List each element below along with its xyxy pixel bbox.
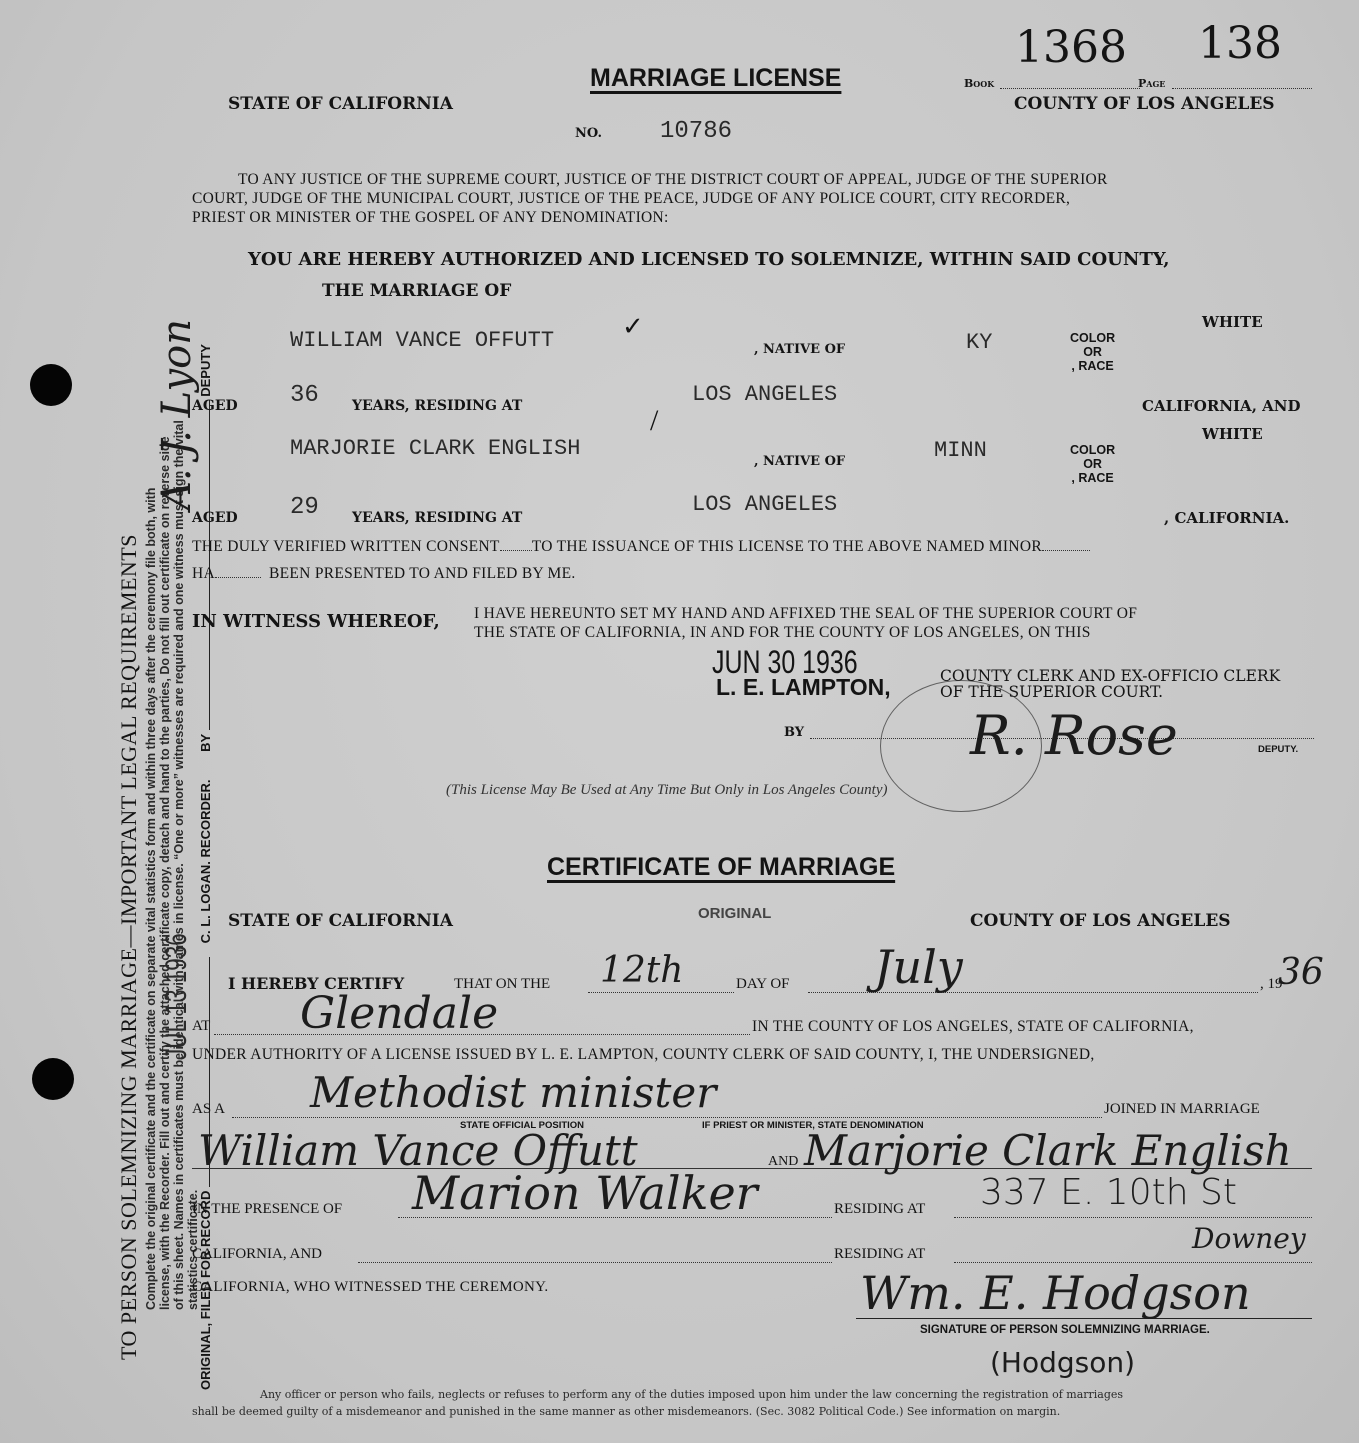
race-label: , RACE (1070, 471, 1115, 485)
certificate-state: STATE OF CALIFORNIA (228, 911, 453, 931)
groom-age: 36 (290, 382, 319, 409)
instruction-line: license, with the Recorder. Fill out and… (158, 420, 172, 1310)
filed-date-stamp: JUL 13 1936 (160, 933, 194, 1060)
witness-whereof-text: I HAVE HEREUNTO SET MY HAND AND AFFIXED … (474, 604, 1137, 642)
book-number: 1368 (1015, 22, 1127, 73)
groom-native-of-label: , NATIVE OF (754, 342, 845, 357)
original-label: ORIGINAL (698, 905, 771, 922)
bride-age: 29 (290, 494, 319, 521)
witness-city: Downey (1192, 1222, 1306, 1255)
consent-text: THE DULY VERIFIED WRITTEN CONSENT (192, 538, 500, 555)
authority-text: UNDER AUTHORITY OF A LICENSE ISSUED BY L… (192, 1046, 1095, 1064)
deputy-label: DEPUTY (198, 344, 213, 397)
presented-text: BEEN PRESENTED TO AND FILED BY ME. (269, 565, 576, 582)
residing-at-label-2: RESIDING AT (834, 1246, 925, 1263)
county-text: IN THE COUNTY OF LOS ANGELES, STATE OF C… (752, 1018, 1194, 1036)
color-label: COLOR (1070, 443, 1115, 457)
bride-residence: LOS ANGELES (692, 492, 837, 517)
presence-label: IN THE PRESENCE OF (192, 1201, 342, 1218)
marriage-year: 36 (1278, 952, 1324, 993)
officiant-printed-name: (Hodgson) (990, 1346, 1135, 1379)
california-and-label: CALIFORNIA, AND (192, 1246, 322, 1263)
recorder-name: C. L. LOGAN. RECORDER. (198, 779, 213, 943)
authorization-text: YOU ARE HEREBY AUTHORIZED AND LICENSED T… (248, 249, 1170, 270)
residing-at-label: RESIDING AT (834, 1201, 925, 1218)
page-label: Page (1138, 77, 1165, 90)
license-county: COUNTY OF LOS ANGELES (1014, 94, 1275, 114)
sidebar-heading: TO PERSON SOLEMNIZING MARRIAGE—IMPORTANT… (116, 534, 142, 1360)
witness-name: Marion Walker (412, 1166, 758, 1220)
bride-aged-label: AGED (192, 510, 238, 526)
bride-name: MARJORIE CLARK ENGLISH (290, 436, 580, 461)
penalty-line: Any officer or person who fails, neglect… (192, 1386, 1123, 1403)
groom-name: WILLIAM VANCE OFFUTT (290, 328, 554, 353)
certificate-county: COUNTY OF LOS ANGELES (970, 911, 1231, 931)
witness-whereof-heading: IN WITNESS WHEREOF, (192, 611, 440, 632)
consent-line-1: THE DULY VERIFIED WRITTEN CONSENTTO THE … (192, 538, 1090, 556)
clerk-name: L. E. LAMPTON, (716, 674, 891, 701)
address-line: COURT, JUDGE OF THE MUNICIPAL COURT, JUS… (192, 189, 1108, 208)
bride-race: WHITE (1202, 425, 1263, 443)
punch-hole-bottom (32, 1058, 74, 1100)
book-label: Book (964, 77, 994, 90)
bride-state-suffix: , CALIFORNIA. (1164, 509, 1289, 527)
officiant-position: Methodist minister (310, 1068, 716, 1117)
license-number: 10786 (660, 118, 732, 145)
penalty-line: shall be deemed guilty of a misdemeanor … (192, 1403, 1123, 1420)
witnessed-ceremony-text: CALIFORNIA, WHO WITNESSED THE CEREMONY. (192, 1279, 548, 1296)
witness-line: THE STATE OF CALIFORNIA, IN AND FOR THE … (474, 623, 1137, 642)
groom-residence: LOS ANGELES (692, 382, 837, 407)
bride-native-of: MINN (934, 438, 987, 463)
witness-line: I HAVE HEREUNTO SET MY HAND AND AFFIXED … (474, 604, 1137, 623)
groom-state-suffix: CALIFORNIA, AND (1142, 397, 1301, 415)
license-title: MARRIAGE LICENSE (590, 64, 841, 93)
certificate-bride-name: Marjorie Clark English (804, 1126, 1292, 1175)
license-usage-note: (This License May Be Used at Any Time Bu… (446, 782, 887, 799)
by-label: BY (198, 734, 213, 752)
joined-in-marriage-label: JOINED IN MARRIAGE (1104, 1101, 1260, 1118)
consent-line-2: HABEEN PRESENTED TO AND FILED BY ME. (192, 565, 576, 583)
race-label: , RACE (1070, 359, 1115, 373)
penalty-notice: Any officer or person who fails, neglect… (192, 1386, 1123, 1420)
bride-residing-label: YEARS, RESIDING AT (352, 510, 522, 526)
groom-residing-label: YEARS, RESIDING AT (352, 398, 522, 414)
clerk-title-line: COUNTY CLERK AND EX-OFFICIO CLERK (940, 668, 1280, 684)
license-by-label: BY (784, 725, 804, 740)
signature-caption: SIGNATURE OF PERSON SOLEMNIZING MARRIAGE… (920, 1324, 1210, 1336)
instruction-line: Complete the original certificate and th… (144, 420, 158, 1310)
license-state: STATE OF CALIFORNIA (228, 94, 453, 114)
ha-label: HA (192, 565, 215, 582)
instruction-line: of this sheet. Names in certificates mus… (172, 420, 186, 1310)
groom-aged-label: AGED (192, 398, 238, 414)
sidebar-legal-requirements: TO PERSON SOLEMNIZING MARRIAGE—IMPORTANT… (180, 80, 290, 1390)
marriage-place: Glendale (300, 988, 498, 1039)
marriage-day: 12th (600, 950, 683, 991)
marriage-of-label: THE MARRIAGE OF (322, 281, 511, 301)
punch-hole-top (30, 364, 72, 406)
addressee-block: TO ANY JUSTICE OF THE SUPREME COURT, JUS… (192, 170, 1108, 227)
officiant-signature: Wm. E. Hodgson (860, 1266, 1251, 1320)
color-label: COLOR (1070, 331, 1115, 345)
or-label: OR (1070, 457, 1115, 471)
certificate-title: CERTIFICATE OF MARRIAGE (547, 853, 895, 882)
at-label: AT (192, 1018, 210, 1035)
witness-address: 337 E. 10th St (980, 1172, 1237, 1213)
county-seal-circle (880, 680, 1042, 812)
marriage-month: July (874, 940, 963, 994)
address-line: PRIEST OR MINISTER OF THE GOSPEL OF ANY … (192, 208, 1108, 227)
bride-color-label: COLOR OR , RACE (1070, 443, 1115, 485)
license-deputy-label: DEPUTY. (1258, 744, 1298, 755)
as-a-label: AS A (192, 1101, 225, 1118)
groom-color-label: COLOR OR , RACE (1070, 331, 1115, 373)
bride-native-of-label: , NATIVE OF (754, 454, 845, 469)
day-of-label: DAY OF (736, 976, 790, 993)
filed-for-record-line: ORIGINAL, FILED FOR RECORD C. L. LOGAN. … (198, 344, 213, 1390)
page-number: 138 (1198, 18, 1282, 69)
slash-mark: / (650, 404, 658, 438)
license-no-label: NO. (575, 126, 602, 141)
groom-race: WHITE (1202, 313, 1263, 331)
or-label: OR (1070, 345, 1115, 359)
recorder-deputy-signature: A. J. Lyon (154, 319, 200, 510)
address-line: TO ANY JUSTICE OF THE SUPREME COURT, JUS… (192, 170, 1108, 189)
marriage-license-document: TO PERSON SOLEMNIZING MARRIAGE—IMPORTANT… (0, 0, 1359, 1443)
and-label: AND (768, 1154, 798, 1170)
checkmark-icon: ✓ (622, 312, 644, 342)
consent-text-2: TO THE ISSUANCE OF THIS LICENSE TO THE A… (532, 538, 1042, 555)
groom-native-of: KY (966, 330, 992, 355)
